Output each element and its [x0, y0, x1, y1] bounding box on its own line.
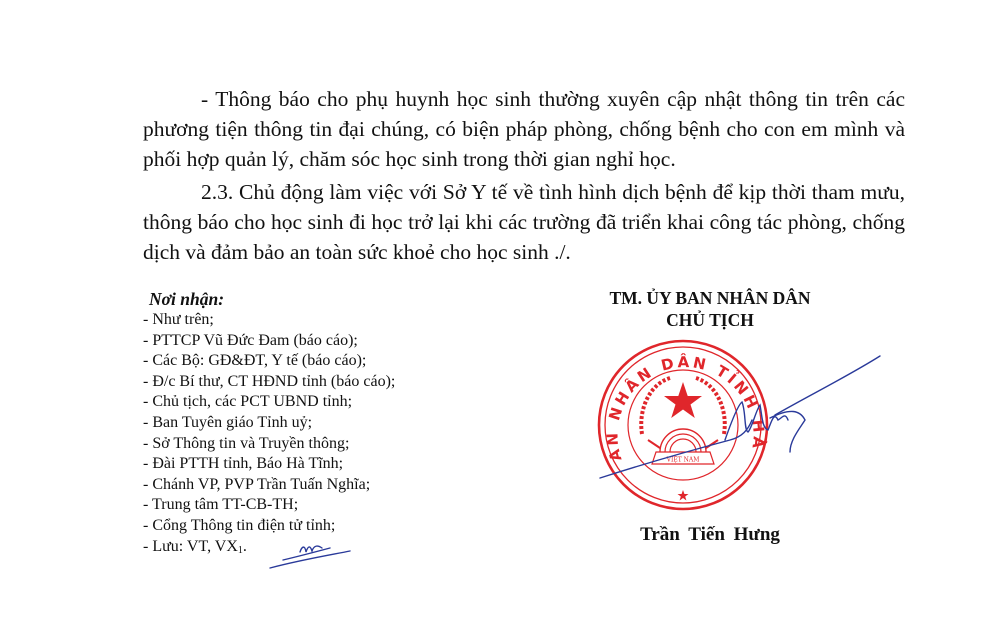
recipients-list: - Như trên;- PTTCP Vũ Đức Đam (báo cáo);…: [143, 310, 463, 537]
recipient-item: - Như trên;: [143, 310, 463, 331]
recipient-item: - Các Bộ: GĐ&ĐT, Y tế (báo cáo);: [143, 351, 463, 372]
recipient-item: - Đ/c Bí thư, CT HĐND tỉnh (báo cáo);: [143, 372, 463, 393]
recipient-item: - Chủ tịch, các PCT UBND tỉnh;: [143, 392, 463, 413]
paragraph-parent-notice: - Thông báo cho phụ huynh học sinh thườn…: [143, 84, 905, 174]
official-seal-icon: ỦY BAN NHÂN DÂN TỈNH HÀ TĨNH VIỆT NAM: [590, 334, 780, 516]
recipient-item: - Cổng Thông tin điện tử tỉnh;: [143, 516, 463, 537]
recipients-header: Nơi nhận:: [143, 288, 463, 310]
archive-line: - Lưu: VT, VX1.: [143, 537, 463, 558]
recipient-item: - PTTCP Vũ Đức Đam (báo cáo);: [143, 331, 463, 352]
recipient-item: - Ban Tuyên giáo Tỉnh uỷ;: [143, 413, 463, 434]
recipient-item: - Sở Thông tin và Truyền thông;: [143, 434, 463, 455]
body-text: - Thông báo cho phụ huynh học sinh thườn…: [143, 84, 905, 267]
signature-title-block: TM. ỦY BAN NHÂN DÂN CHỦ TỊCH: [560, 287, 860, 331]
signer-name: Trần Tiến Hưng: [560, 524, 860, 546]
signature-role: CHỦ TỊCH: [560, 309, 860, 331]
recipient-item: - Trung tâm TT-CB-TH;: [143, 495, 463, 516]
recipient-item: - Đài PTTH tỉnh, Báo Hà Tĩnh;: [143, 454, 463, 475]
svg-text:VIỆT NAM: VIỆT NAM: [666, 456, 700, 464]
signature-org: TM. ỦY BAN NHÂN DÂN: [560, 287, 860, 309]
paragraph-2-3: 2.3. Chủ động làm việc với Sở Y tế về tì…: [143, 177, 905, 267]
recipients-block: Nơi nhận: - Như trên;- PTTCP Vũ Đức Đam …: [143, 288, 463, 557]
recipient-item: - Chánh VP, PVP Trần Tuấn Nghĩa;: [143, 475, 463, 496]
